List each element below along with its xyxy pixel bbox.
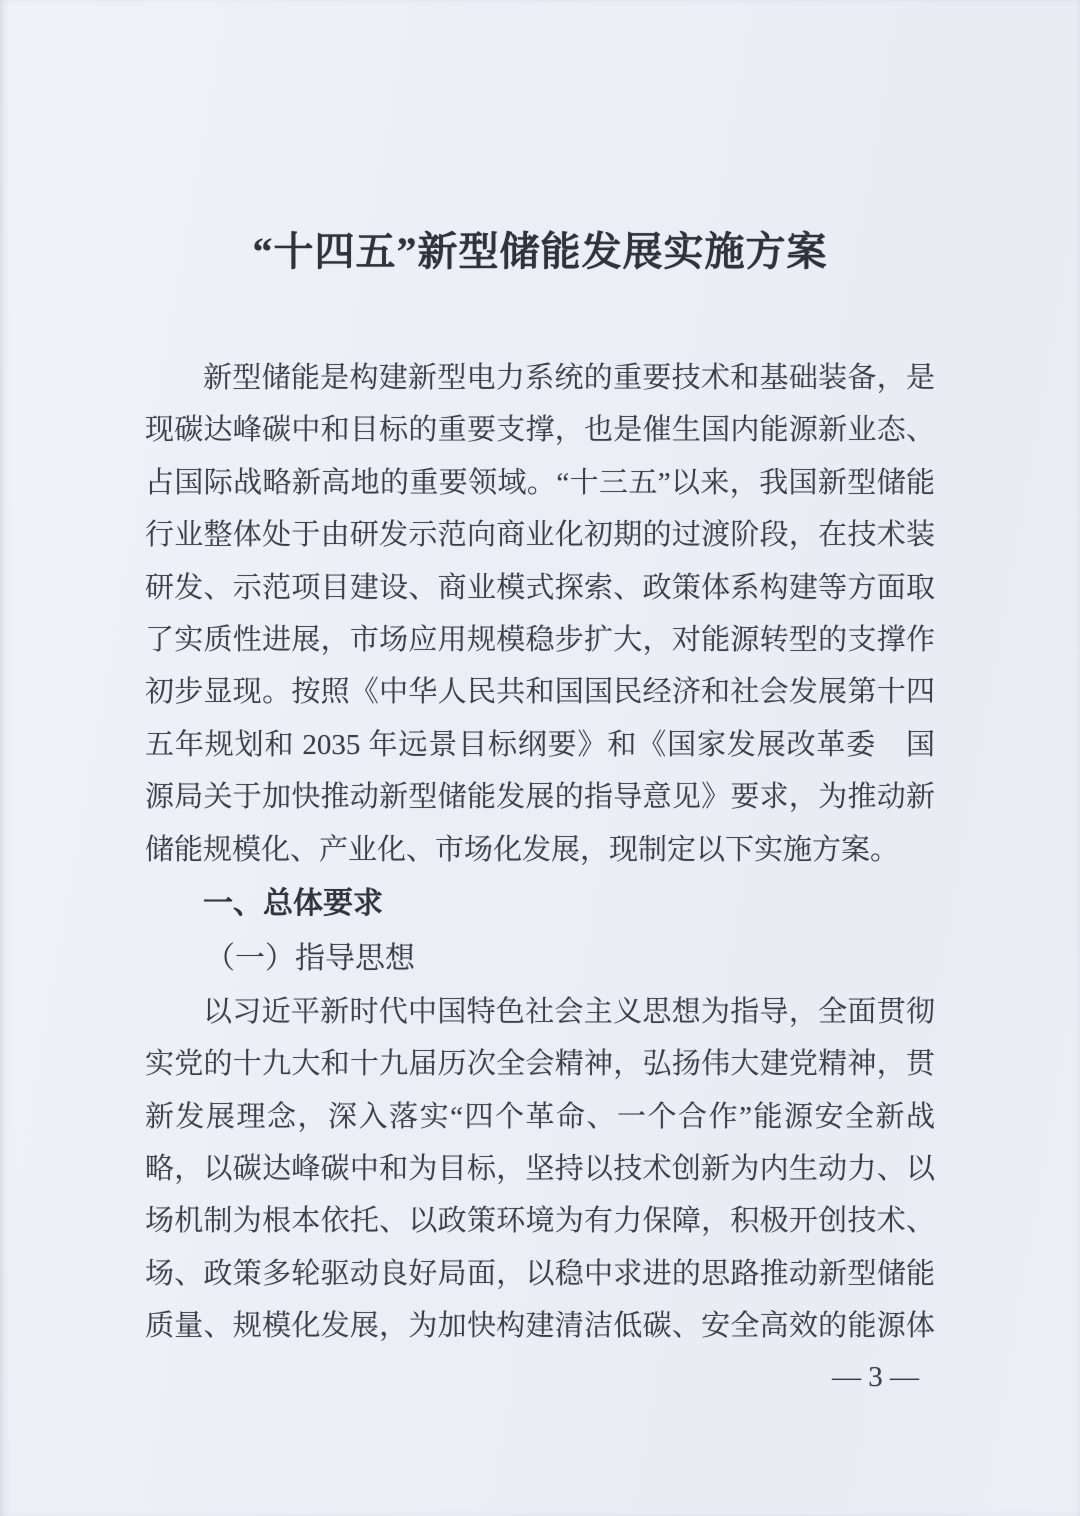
text-line: 质量、规模化发展，为加快构建清洁低碳、安全高效的能源体系 [145, 1300, 935, 1352]
page-number: — 3 — [145, 1357, 935, 1397]
text-line: 场、政策多轮驱动良好局面，以稳中求进的思路推动新型储能高 [145, 1248, 935, 1300]
text-line: 研发、示范项目建设、商业模式探索、政策体系构建等方面取得 [145, 562, 935, 614]
text-line: 了实质性进展，市场应用规模稳步扩大，对能源转型的支撑作用 [145, 614, 935, 666]
document-lines: 新型储能是构建新型电力系统的重要技术和基础装备，是实现碳达峰碳中和目标的重要支撑… [145, 352, 935, 1353]
section-heading: 一、总体要求 [145, 876, 935, 932]
text-line: 占国际战略新高地的重要领域。“十三五”以来，我国新型储能 [145, 457, 935, 509]
text-line: 新发展理念，深入落实“四个革命、一个合作”能源安全新战 [145, 1091, 935, 1143]
scanned-document-page: “十四五”新型储能发展实施方案 新型储能是构建新型电力系统的重要技术和基础装备，… [0, 0, 1080, 1516]
text-line: 储能规模化、产业化、市场化发展，现制定以下实施方案。 [145, 824, 935, 876]
text-line: 行业整体处于由研发示范向商业化初期的过渡阶段，在技术装备 [145, 509, 935, 561]
subsection-heading: （一）指导思想 [145, 932, 935, 986]
text-line: 场机制为根本依托、以政策环境为有力保障，积极开创技术、市 [145, 1195, 935, 1247]
document-title: “十四五”新型储能发展实施方案 [145, 226, 935, 278]
text-line: 源局关于加快推动新型储能发展的指导意见》要求，为推动新型 [145, 771, 935, 823]
text-line: 五年规划和 2035 年远景目标纲要》和《国家发展改革委 国家能 [145, 719, 935, 771]
text-line: 以习近平新时代中国特色社会主义思想为指导，全面贯彻落 [145, 986, 935, 1038]
text-line: 实党的十九大和十九届历次全会精神，弘扬伟大建党精神，贯彻 [145, 1038, 935, 1090]
text-line: 新型储能是构建新型电力系统的重要技术和基础装备，是实 [145, 352, 935, 404]
text-line: 现碳达峰碳中和目标的重要支撑，也是催生国内能源新业态、抢 [145, 404, 935, 456]
text-line: 略，以碳达峰碳中和为目标，坚持以技术创新为内生动力、以市 [145, 1143, 935, 1195]
document-content: “十四五”新型储能发展实施方案 新型储能是构建新型电力系统的重要技术和基础装备，… [0, 0, 1080, 1397]
text-line: 初步显现。按照《中华人民共和国国民经济和社会发展第十四个 [145, 666, 935, 718]
